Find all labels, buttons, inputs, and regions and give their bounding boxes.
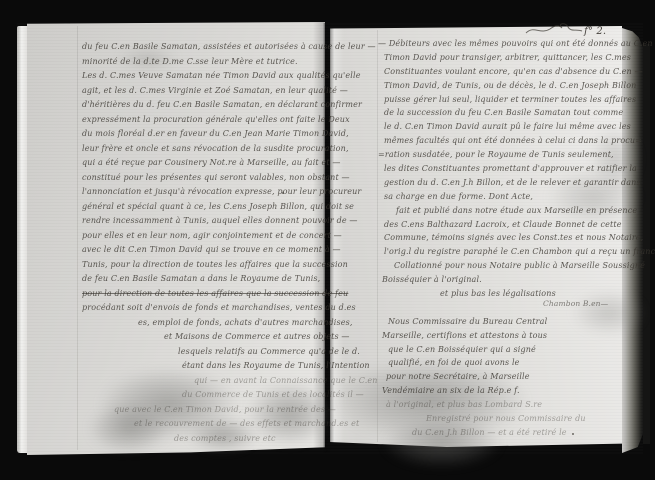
manuscript-line: du mois floréal d.er en faveur du C.en J… xyxy=(82,127,324,142)
manuscript-line: et le recouvrement de — des effets et ma… xyxy=(82,417,324,432)
manuscript-line: constitué pour les présentes qui seront … xyxy=(82,171,324,186)
manuscript-line: qui a été reçue par Cousinery Not.re à M… xyxy=(82,156,324,171)
manuscript-line: que avec le C.en Timon David, pour la re… xyxy=(82,403,324,418)
manuscript-line: rendre incessamment à Tunis, auquel elle… xyxy=(82,214,324,229)
manuscript-line: Enregistré pour nous Commissaire du xyxy=(378,412,620,426)
manuscript-line: procédant soit d'envois de fonds et marc… xyxy=(82,301,324,316)
manuscript-line: général et spécial quant à ce, les C.ens… xyxy=(82,200,324,215)
manuscript-line: Boisséquier à l'original. xyxy=(378,273,620,287)
manuscript-line: leur frère et oncle et sans révocation d… xyxy=(82,142,324,157)
manuscript-line: lesquels relatifs au Commerce qu'a de le… xyxy=(82,345,324,360)
manuscript-line: minorité de la d.te D.me C.sse leur Mère… xyxy=(82,55,324,70)
book-cover-edge xyxy=(643,44,650,444)
manuscript-line: mêmes facultés qui ont été données à cel… xyxy=(378,134,620,148)
manuscript-line: des comptes , suivre etc xyxy=(82,432,324,447)
manuscript-line: pour elles et en leur nom, agir conjoint… xyxy=(82,229,324,244)
manuscript-line: pour la direction de toutes les affaires… xyxy=(82,287,324,302)
manuscript-line: qui — en avant la Connaissance que le C.… xyxy=(82,374,324,389)
manuscript-line: qualifié, en foi de quoi avons le xyxy=(378,356,620,370)
manuscript-line: — Débiteurs avec les mêmes pouvoirs qui … xyxy=(378,37,620,51)
manuscript-line: Vendémiaire an six de la Rép.e f. xyxy=(378,384,620,398)
manuscript-line: Timon David pour transiger, arbitrer, qu… xyxy=(378,51,620,65)
manuscript-line: Commune, témoins signés avec les Const.t… xyxy=(378,231,620,245)
manuscript-line: l'annonciation et jusqu'à révocation exp… xyxy=(82,185,324,200)
right-page-text: — Débiteurs avec les mêmes pouvoirs qui … xyxy=(378,37,620,440)
manuscript-line: expressément la procuration générale qu'… xyxy=(82,113,324,128)
manuscript-line: du C.en J.h Billon — et a été retiré le xyxy=(378,426,620,440)
manuscript-line: Marseille, certifions et attestons à tou… xyxy=(378,329,620,343)
manuscript-line: Collationné pour nous Notaire public à M… xyxy=(378,259,620,273)
manuscript-line: à l'original, et plus bas Lombard S.re xyxy=(378,398,620,412)
manuscript-line: pour notre Secrétaire, à Marseille xyxy=(378,370,620,384)
paraph-flourish-icon xyxy=(524,22,584,38)
manuscript-line: des C.ens Balthazard Lacroix, et Claude … xyxy=(378,218,620,232)
manuscript-line: fait et publié dans notre étude aux Mars… xyxy=(378,204,620,218)
manuscript-line: sa charge en due forme. Dont Acte, xyxy=(378,190,620,204)
manuscript-line: Constituantes voulant encore, qu'en cas … xyxy=(378,65,620,79)
manuscript-line: le d. C.en Timon David aurait pû le fair… xyxy=(378,120,620,134)
manuscript-line: Tunis, pour la direction de toutes les a… xyxy=(82,258,324,273)
manuscript-line: Nous Commissaire du Bureau Central xyxy=(378,315,620,329)
manuscript-line: de la succession du feu C.en Basile Sama… xyxy=(378,106,620,120)
manuscript-line: du Commerce de Tunis et des localités il… xyxy=(82,388,324,403)
manuscript-line: gestion du d. C.en J.h Billon, et de le … xyxy=(378,176,620,190)
manuscript-line: Timon David, de Tunis, ou de décès, le d… xyxy=(378,79,620,93)
left-page-text: du feu C.en Basile Samatan, assistées et… xyxy=(82,40,324,446)
manuscript-line: es, emploi de fonds, achats d'autres mar… xyxy=(82,316,324,331)
manuscript-scan: du feu C.en Basile Samatan, assistées et… xyxy=(0,0,655,480)
manuscript-line: et Maisons de Commerce et autres objets … xyxy=(82,330,324,345)
folio-number: f° 2. xyxy=(584,26,606,37)
manuscript-line: étant dans les Royaume de Tunis, l'Inten… xyxy=(82,359,324,374)
margin-note: Chambon B.en— xyxy=(543,299,608,308)
manuscript-line: que le C.en Boisséquier qui a signé xyxy=(378,343,620,357)
manuscript-line: agit, et les d. C.mes Virginie et Zoé Sa… xyxy=(82,84,324,99)
manuscript-line: du feu C.en Basile Samatan, assistées et… xyxy=(82,40,324,55)
left-margin-crease xyxy=(77,26,78,450)
manuscript-line: Les d. C.mes Veuve Samatan née Timon Dav… xyxy=(82,69,324,84)
page-stack-edge xyxy=(17,26,27,453)
manuscript-line: =ration susdatée, pour le Royaume de Tun… xyxy=(378,148,620,162)
manuscript-line: les dites Constituantes promettant d'app… xyxy=(378,162,620,176)
manuscript-line: de feu C.en Basile Samatan a dans le Roy… xyxy=(82,272,324,287)
manuscript-line: d'héritières du d. feu C.en Basile Samat… xyxy=(82,98,324,113)
manuscript-line: avec le dit C.en Timon David qui se trou… xyxy=(82,243,324,258)
manuscript-line: puisse gérer lui seul, liquider et termi… xyxy=(378,93,620,107)
manuscript-line: l'orig.l du registre paraphé le C.en Cha… xyxy=(378,245,620,259)
